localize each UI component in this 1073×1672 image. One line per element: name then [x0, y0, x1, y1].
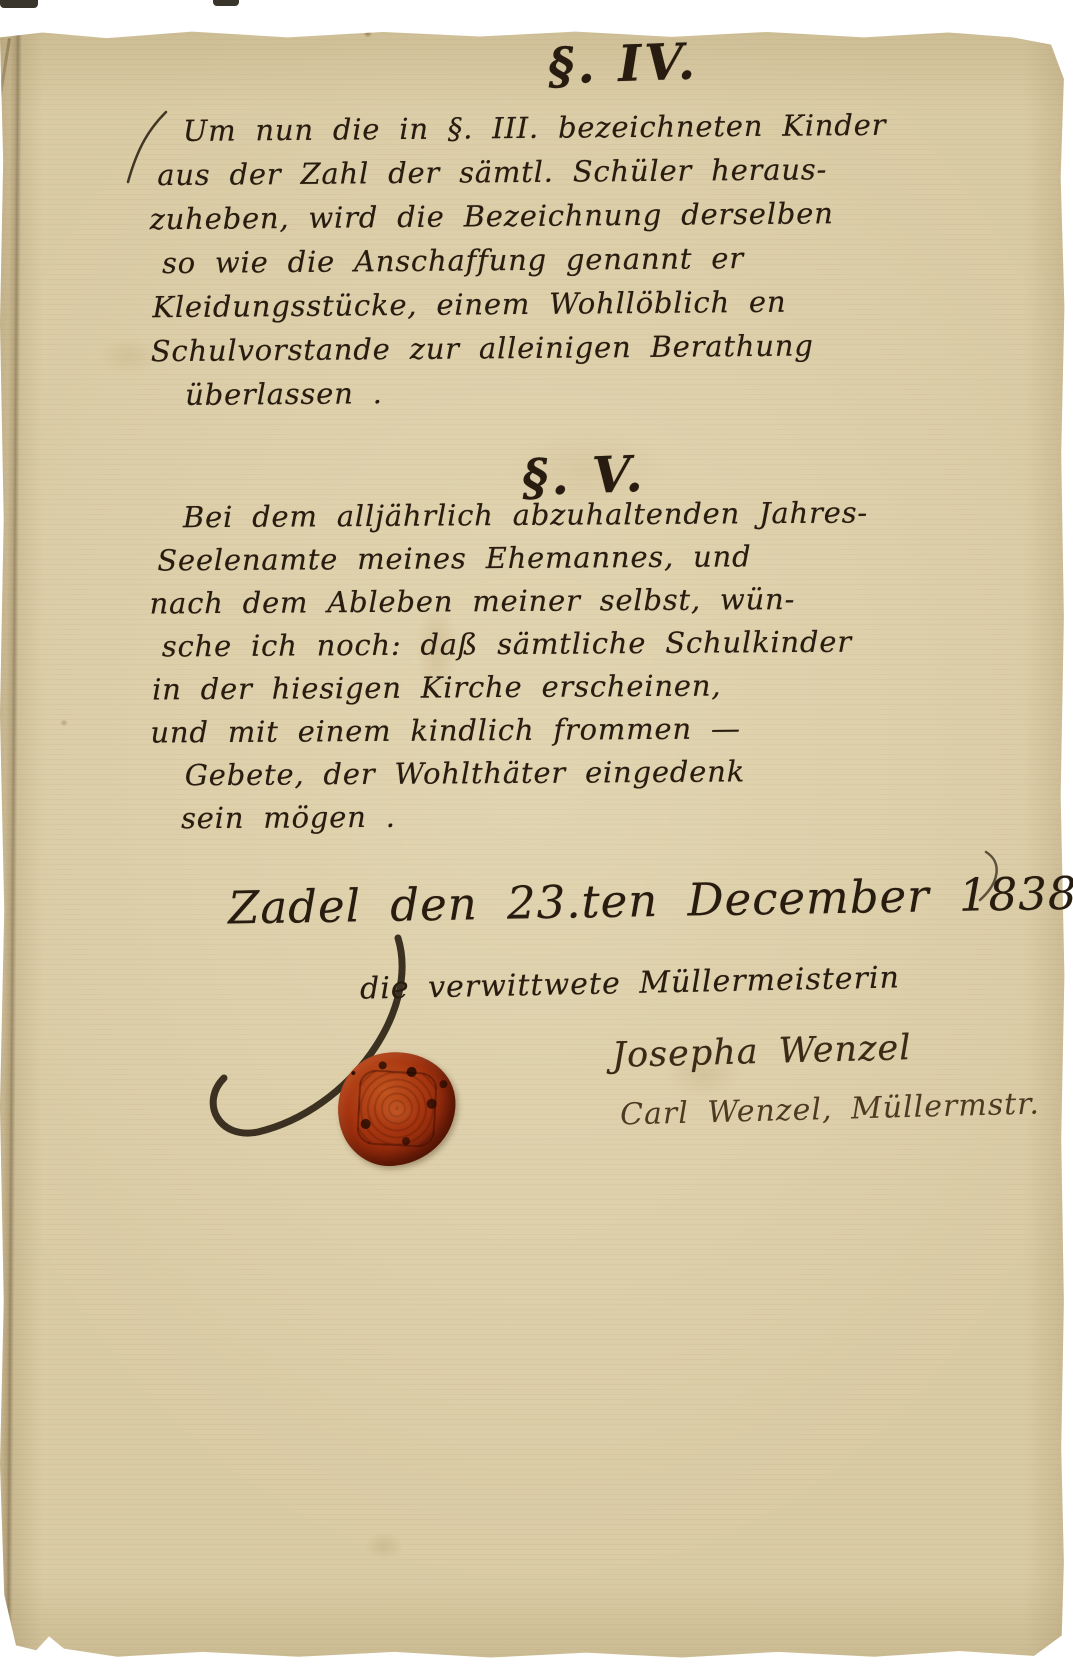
manuscript-line: aus der Zahl der sämtl. Schüler heraus-: [157, 147, 887, 197]
manuscript-line: so wie die Anschaffung genannt er: [162, 235, 888, 285]
manuscript-line: sche ich noch: daß sämtliche Schulkinder: [162, 620, 869, 668]
manuscript-line: zuheben, wird die Bezeichnung derselben: [149, 191, 887, 241]
manuscript-line: Um nun die in §. III. bezeichneten Kinde…: [183, 103, 887, 153]
scan-edge-artifact: [0, 0, 38, 8]
manuscript-line: Schulvorstande zur alleinigen Berathung: [151, 323, 889, 373]
section-4-heading: §. IV.: [547, 31, 699, 95]
manuscript-line: Kleidungsstücke, einem Wohllöblich en: [152, 279, 888, 329]
signature-josepha-wenzel: Josepha Wenzel: [612, 1028, 912, 1076]
manuscript-line: Gebete, der Wohlthäter eingedenk: [185, 749, 870, 797]
manuscript-line: überlassen .: [185, 367, 889, 417]
manuscript-line: sein mögen .: [181, 792, 870, 840]
manuscript-line: Bei dem alljährlich abzuhaltenden Jahres…: [183, 491, 868, 539]
fold-crease-left: [0, 30, 26, 1660]
manuscript-line: in der hiesigen Kirche erscheinen,: [152, 663, 869, 711]
manuscript-line: nach dem Ableben meiner selbst, wün-: [149, 577, 868, 625]
section-4-paragraph: Um nun die in §. III. bezeichneten Kinde…: [149, 103, 889, 417]
section-5-paragraph: Bei dem alljährlich abzuhaltenden Jahres…: [149, 491, 870, 840]
manuscript-line: Seelenamte meines Ehemannes, und: [157, 534, 868, 582]
seal-impression: [356, 1069, 438, 1148]
seal-specks: [351, 1071, 355, 1075]
manuscript-line: und mit einem kindlich frommen —: [150, 706, 869, 754]
scan-edge-artifact: [213, 0, 239, 6]
document-scan: §. IV. Um nun die in §. III. bezeichnete…: [0, 0, 1073, 1672]
